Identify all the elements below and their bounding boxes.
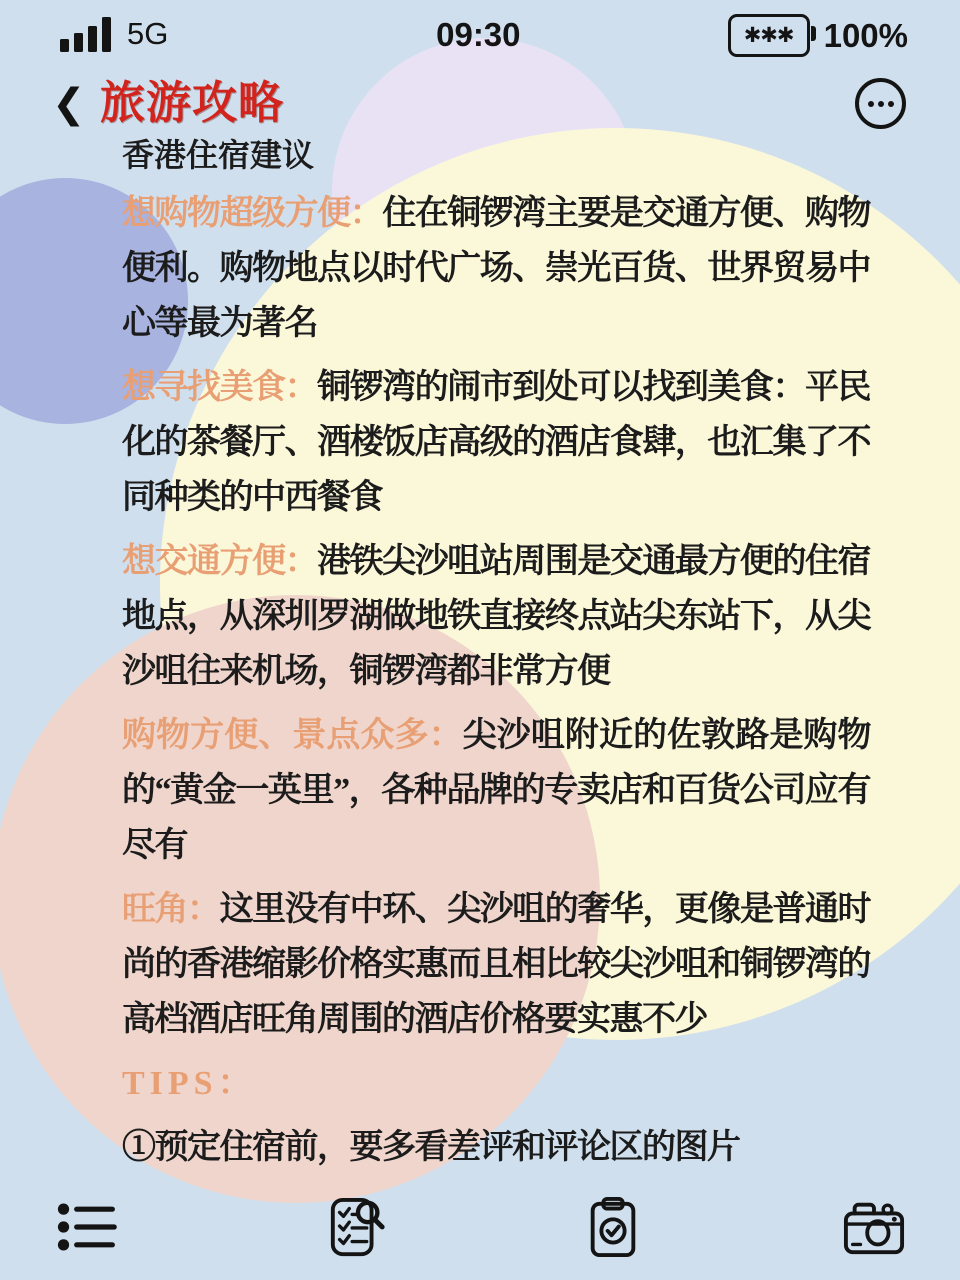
battery-percent-label: 100%	[824, 17, 908, 55]
signal-group: 5G	[60, 16, 168, 52]
ellipsis-icon	[868, 101, 874, 107]
camera-button[interactable]	[843, 1196, 905, 1258]
guide-paragraph: ①预定住宿前，要多看差评和评论区的图片	[122, 1120, 870, 1175]
article-subtitle: 香港住宿建议	[122, 132, 870, 178]
battery-group: ✱✱✱ 100%	[728, 14, 908, 57]
list-icon	[56, 1196, 118, 1258]
network-type-label: 5G	[127, 16, 168, 52]
section-label: 想购物超级方便：	[122, 195, 382, 232]
section-text: 这里没有中环、尖沙咀的奢华，更像是普通时尚的香港缩影价格实惠而且相比较尖沙咀和铜…	[122, 891, 870, 1038]
article-content: 香港住宿建议 想购物超级方便：住在铜锣湾主要是交通方便、购物便利。购物地点以时代…	[122, 132, 870, 1184]
guide-paragraph: TIPS：	[122, 1056, 870, 1111]
guide-paragraph: 想交通方便：港铁尖沙咀站周围是交通最方便的住宿地点，从深圳罗湖做地铁直接终点站尖…	[122, 534, 870, 699]
status-bar: 5G 09:30 ✱✱✱ 100%	[0, 10, 960, 60]
ellipsis-icon	[888, 101, 894, 107]
chevron-left-icon: ❮	[52, 82, 86, 126]
guide-paragraph: 旺角：这里没有中环、尖沙咀的奢华，更像是普通时尚的香港缩影价格实惠而且相比较尖沙…	[122, 882, 870, 1047]
signal-bars-icon	[60, 16, 111, 52]
ellipsis-icon	[878, 101, 884, 107]
bottom-toolbar	[0, 1196, 960, 1266]
clock-label: 09:30	[436, 16, 520, 54]
page-title: 旅游攻略	[100, 76, 284, 130]
phone-screen: 5G 09:30 ✱✱✱ 100% ❮ 旅游攻略 香港住宿建议 想购物超级方便：…	[0, 0, 960, 1280]
camera-icon	[843, 1196, 905, 1258]
list-button[interactable]	[56, 1196, 118, 1258]
section-label: 旺角：	[122, 891, 220, 928]
section-text: ①预定住宿前，要多看差评和评论区的图片	[122, 1129, 740, 1166]
section-label: 购物方便、景点众多：	[122, 717, 463, 754]
checklist-search-icon	[327, 1196, 389, 1258]
guide-paragraph: 想寻找美食：铜锣湾的闹市到处可以找到美食：平民化的茶餐厅、酒楼饭店高级的酒店食肆…	[122, 360, 870, 525]
battery-icon: ✱✱✱	[728, 14, 810, 57]
guide-paragraph: 购物方便、景点众多：尖沙咀附近的佐敦路是购物的“黄金一英里”，各种品牌的专卖店和…	[122, 708, 870, 873]
section-label: 想交通方便：	[122, 543, 317, 580]
back-button[interactable]: ❮	[52, 78, 86, 130]
section-label: 想寻找美食：	[122, 369, 317, 406]
header: ❮ 旅游攻略	[0, 76, 960, 132]
more-options-button[interactable]	[855, 78, 906, 129]
battery-cells: ✱✱✱	[744, 25, 794, 46]
guide-paragraph: 想购物超级方便：住在铜锣湾主要是交通方便、购物便利。购物地点以时代广场、崇光百货…	[122, 186, 870, 351]
section-label: TIPS：	[122, 1065, 257, 1102]
checklist-search-button[interactable]	[327, 1196, 389, 1258]
clipboard-check-button[interactable]	[582, 1196, 644, 1258]
clipboard-check-icon	[582, 1196, 644, 1258]
guide-body: 想购物超级方便：住在铜锣湾主要是交通方便、购物便利。购物地点以时代广场、崇光百货…	[122, 186, 870, 1175]
